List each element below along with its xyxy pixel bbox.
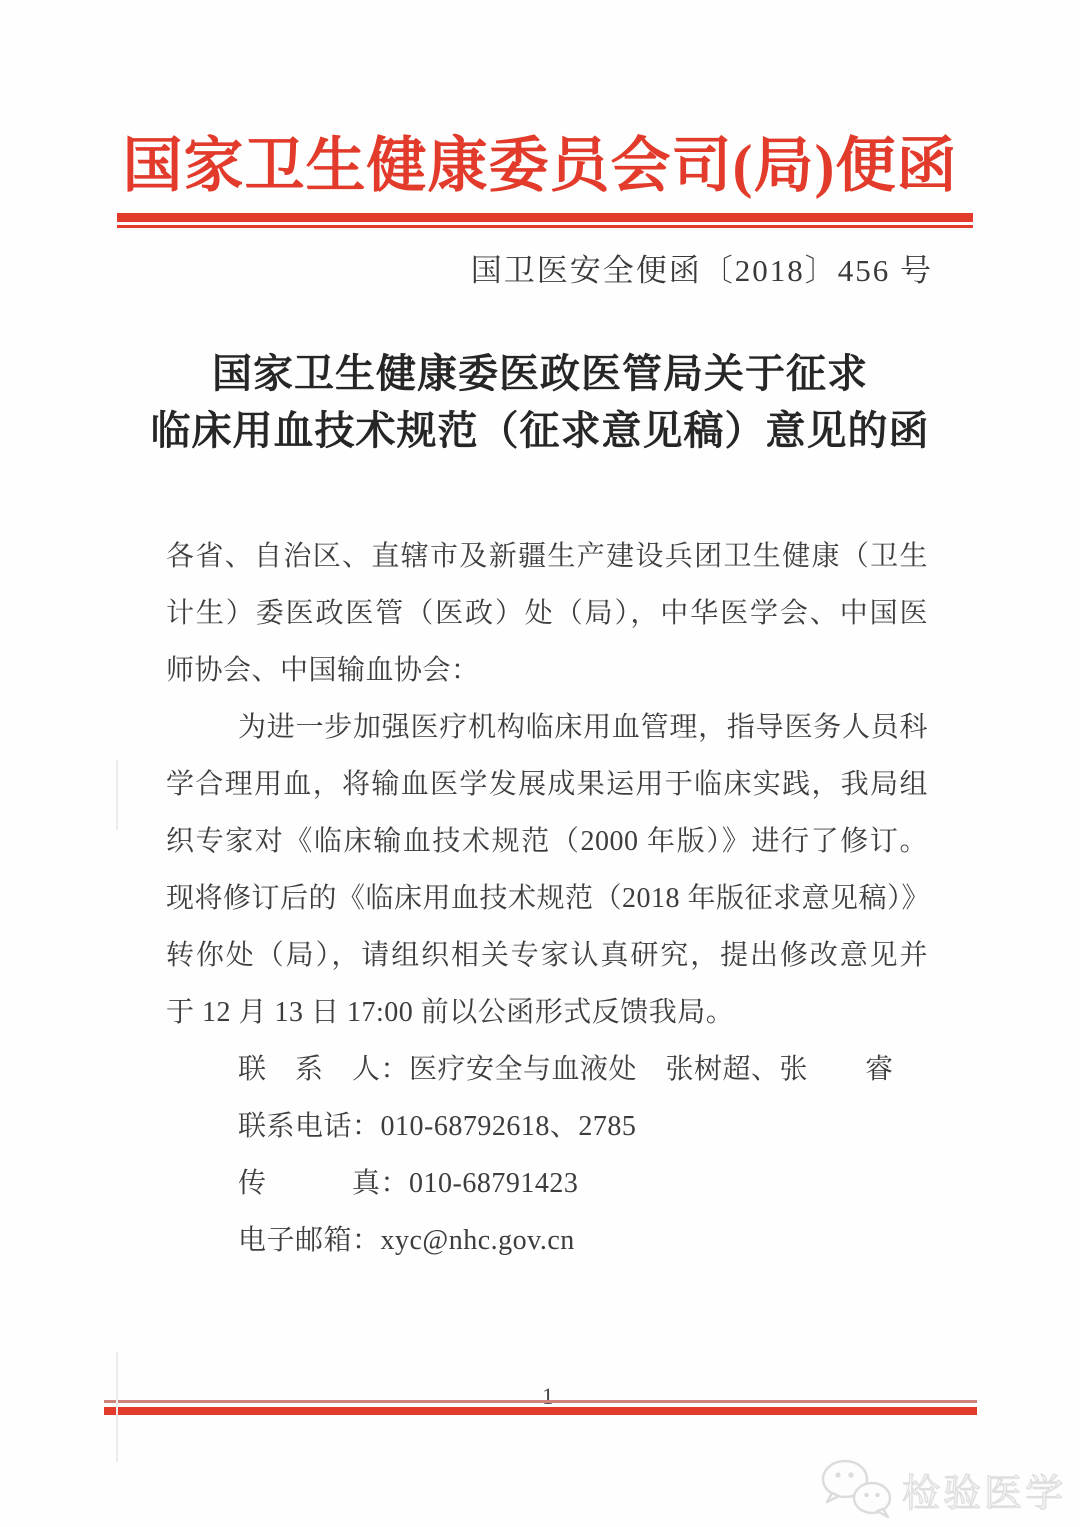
body-line: 现将修订后的《临床用血技术规范（2018 年版征求意见稿）》 xyxy=(166,870,928,927)
scan-artifact-line xyxy=(116,1352,118,1462)
watermark: 检验医学 xyxy=(820,1458,1066,1520)
letterhead-title: 国家卫生健康委员会司(局)便函 xyxy=(0,130,1080,202)
salutation-line: 各省、自治区、直辖市及新疆生产建设兵团卫生健康（卫生 xyxy=(166,528,928,585)
salutation-line: 师协会、中国输血协会： xyxy=(166,642,928,699)
watermark-text: 检验医学 xyxy=(902,1462,1066,1517)
wechat-icon xyxy=(820,1458,894,1520)
footer-rule-thin xyxy=(104,1400,977,1403)
contact-person-line: 联 系 人：医疗安全与血液处 张树超、张 睿 xyxy=(166,1041,928,1098)
contact-phone-line: 联系电话：010-68792618、2785 xyxy=(166,1098,928,1155)
letterhead-rule xyxy=(117,213,973,228)
letter-body: 各省、自治区、直辖市及新疆生产建设兵团卫生健康（卫生 计生）委医政医管（医政）处… xyxy=(166,528,928,1269)
body-line: 织专家对《临床输血技术规范（2000 年版）》进行了修订。 xyxy=(166,813,928,870)
document-number: 国卫医安全便函〔2018〕456 号 xyxy=(471,245,933,290)
email-line: 电子邮箱：xyc@nhc.gov.cn xyxy=(166,1212,928,1269)
fax-line: 传 真：010-68791423 xyxy=(166,1155,928,1212)
letterhead-rule-thick xyxy=(117,213,973,222)
salutation-line: 计生）委医政医管（医政）处（局），中华医学会、中国医 xyxy=(166,585,928,642)
body-line: 为进一步加强医疗机构临床用血管理，指导医务人员科 xyxy=(166,699,928,756)
body-line: 学合理用血，将输血医学发展成果运用于临床实践，我局组 xyxy=(166,756,928,813)
subject-title-line-1: 国家卫生健康委医政医管局关于征求 xyxy=(0,345,1080,402)
body-line: 于 12 月 13 日 17:00 前以公函形式反馈我局。 xyxy=(166,984,928,1041)
scan-artifact-line xyxy=(116,760,118,830)
subject-title: 国家卫生健康委医政医管局关于征求 临床用血技术规范（征求意见稿）意见的函 xyxy=(0,345,1080,459)
subject-title-line-2: 临床用血技术规范（征求意见稿）意见的函 xyxy=(0,402,1080,459)
letterhead-rule-thin xyxy=(117,225,973,228)
body-line: 转你处（局），请组织相关专家认真研究，提出修改意见并 xyxy=(166,927,928,984)
scanned-letter-page: 国家卫生健康委员会司(局)便函 国卫医安全便函〔2018〕456 号 国家卫生健… xyxy=(0,0,1080,1527)
footer-rule-thick xyxy=(104,1407,977,1415)
